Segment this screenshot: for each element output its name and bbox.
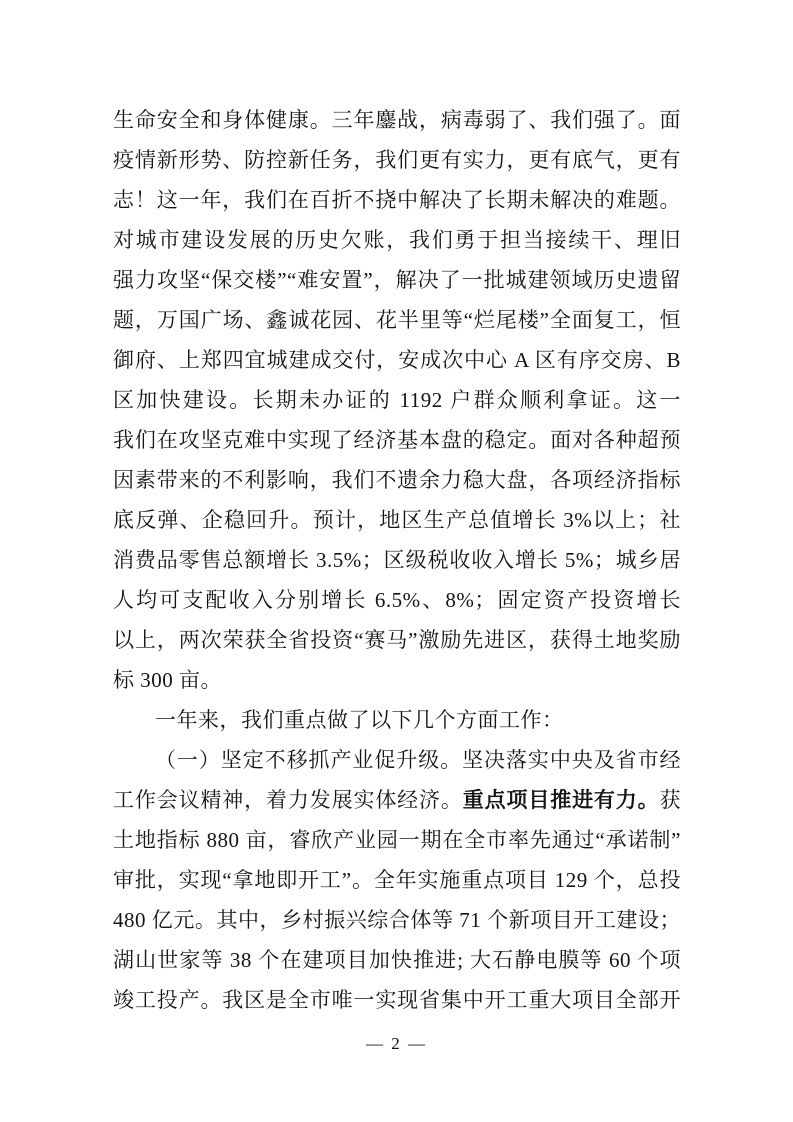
- text-segment: 志！这一年，我们在百折不挠中解决了长期未解决的难题。面: [113, 188, 681, 220]
- text-segment: 湖山世家等 38 个在建项目加快推进; 大石静电膜等 60 个项目: [113, 948, 681, 980]
- text-segment: 御府、上郑四宜城建成交付，安成次中心 A 区有序交房、B: [113, 348, 681, 372]
- text-segment: 对城市建设发展的历史欠账，我们勇于担当接续干、理旧账，: [113, 228, 681, 260]
- text-segment: 底反弹、企稳回升。预计，地区生产总值增长 3%以上；社会: [113, 508, 681, 540]
- text-segment: 生命安全和身体健康。三年鏖战，病毒弱了、我们强了。面对: [113, 108, 681, 140]
- text-line: 因素带来的不利影响，我们不遗余力稳大盘，各项经济指标触: [113, 460, 681, 500]
- text-segment: 因素带来的不利影响，我们不遗余力稳大盘，各项经济指标触: [113, 468, 681, 500]
- text-segment: 强力攻坚“保交楼”“难安置”，解决了一批城建领域历史遗留问: [113, 268, 681, 300]
- text-line: 竣工投产。我区是全市唯一实现省集中开工重大项目全部开工: [113, 980, 681, 1020]
- document-page: 生命安全和身体健康。三年鏖战，病毒弱了、我们强了。面对疫情新形势、防控新任务，我…: [0, 0, 793, 1122]
- text-line: 一年来，我们重点做了以下几个方面工作：: [113, 700, 681, 740]
- text-line: 强力攻坚“保交楼”“难安置”，解决了一批城建领域历史遗留问: [113, 260, 681, 300]
- text-segment: 审批，实现“拿地即开工”。全年实施重点项目 129 个，总投资: [113, 868, 681, 900]
- text-line: 底反弹、企稳回升。预计，地区生产总值增长 3%以上；社会: [113, 500, 681, 540]
- text-segment: （一）坚定不移抓产业促升级。坚决落实中央及省市经济: [113, 748, 681, 780]
- text-line: （一）坚定不移抓产业促升级。坚决落实中央及省市经济: [113, 740, 681, 780]
- text-line: 土地指标 880 亩，睿欣产业园一期在全市率先通过“承诺制”: [113, 820, 681, 860]
- text-line: 志！这一年，我们在百折不挠中解决了长期未解决的难题。面: [113, 180, 681, 220]
- text-line: 以上，两次荣获全省投资“赛马”激励先进区，获得土地奖励指: [113, 620, 681, 660]
- text-line: 标 300 亩。: [113, 660, 681, 700]
- text-segment: 480 亿元。其中，乡村振兴综合体等 71 个新项目开工建设；: [113, 908, 681, 932]
- text-segment: 土地指标 880 亩，睿欣产业园一期在全市率先通过“承诺制”: [113, 828, 681, 852]
- text-line: 对城市建设发展的历史欠账，我们勇于担当接续干、理旧账，: [113, 220, 681, 260]
- text-segment: 题，万国广场、鑫诚花园、花半里等“烂尾楼”全面复工，恒大: [113, 308, 681, 340]
- text-line: 疫情新形势、防控新任务，我们更有实力，更有底气，更有斗: [113, 140, 681, 180]
- text-segment: 竣工投产。我区是全市唯一实现省集中开工重大项目全部开工: [113, 988, 681, 1020]
- text-segment: 消费品零售总额增长 3.5%；区级税收收入增长 5%；城乡居民: [113, 548, 681, 580]
- page-number: — 2 —: [0, 1033, 793, 1055]
- text-line: 480 亿元。其中，乡村振兴综合体等 71 个新项目开工建设；: [113, 900, 681, 940]
- text-segment: 我们在攻坚克难中实现了经济基本盘的稳定。面对各种超预期: [113, 428, 681, 460]
- text-segment: 工作会议精神，着力发展实体经济。: [113, 788, 463, 812]
- text-line: 湖山世家等 38 个在建项目加快推进; 大石静电膜等 60 个项目: [113, 940, 681, 980]
- text-line: 御府、上郑四宜城建成交付，安成次中心 A 区有序交房、B: [113, 340, 681, 380]
- text-line: 消费品零售总额增长 3.5%；区级税收收入增长 5%；城乡居民: [113, 540, 681, 580]
- document-body: 生命安全和身体健康。三年鏖战，病毒弱了、我们强了。面对疫情新形势、防控新任务，我…: [113, 100, 681, 1020]
- bold-emphasis-text: 重点项目推进有力。: [463, 788, 660, 812]
- text-line: 题，万国广场、鑫诚花园、花半里等“烂尾楼”全面复工，恒大: [113, 300, 681, 340]
- text-segment: 区加快建设。长期未办证的 1192 户群众顺利拿证。这一年，: [113, 388, 681, 420]
- text-line: 我们在攻坚克难中实现了经济基本盘的稳定。面对各种超预期: [113, 420, 681, 460]
- text-segment: 以上，两次荣获全省投资“赛马”激励先进区，获得土地奖励指: [113, 628, 681, 660]
- text-line: 工作会议精神，着力发展实体经济。重点项目推进有力。获批: [113, 780, 681, 820]
- text-segment: 人均可支配收入分别增长 6.5%、8%；固定资产投资增长 10%: [113, 588, 681, 620]
- text-line: 人均可支配收入分别增长 6.5%、8%；固定资产投资增长 10%: [113, 580, 681, 620]
- text-line: 生命安全和身体健康。三年鏖战，病毒弱了、我们强了。面对: [113, 100, 681, 140]
- text-segment: 标 300 亩。: [113, 668, 222, 692]
- text-segment: 一年来，我们重点做了以下几个方面工作：: [155, 708, 564, 732]
- text-segment: 疫情新形势、防控新任务，我们更有实力，更有底气，更有斗: [113, 148, 681, 180]
- text-line: 区加快建设。长期未办证的 1192 户群众顺利拿证。这一年，: [113, 380, 681, 420]
- text-line: 审批，实现“拿地即开工”。全年实施重点项目 129 个，总投资: [113, 860, 681, 900]
